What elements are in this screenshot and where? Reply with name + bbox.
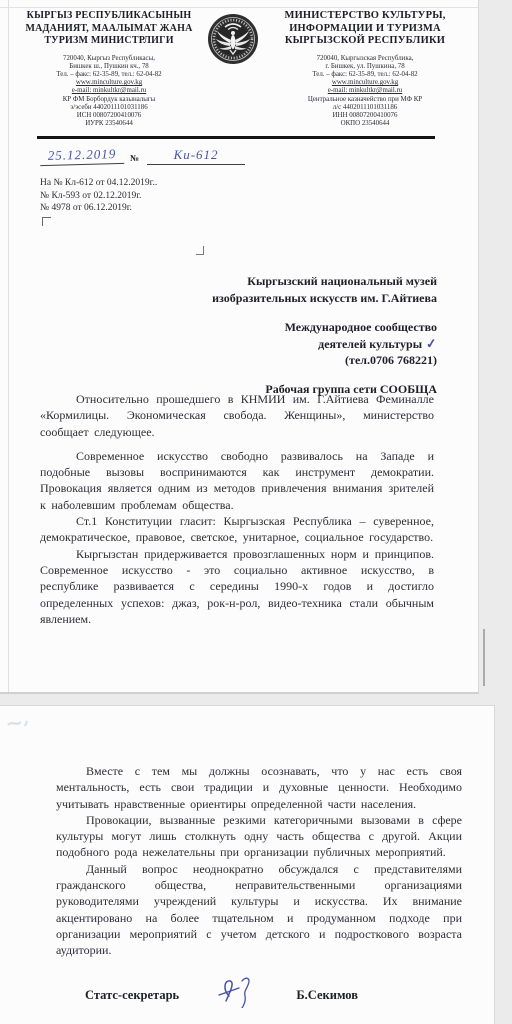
signature-row: Статс-секретарь Б.Секимов bbox=[85, 982, 358, 1008]
blue-checkmark-icon: ✓ bbox=[425, 335, 438, 353]
address-line: ИУРК 23540644 bbox=[18, 120, 200, 128]
address-line: г. Бишкек, ул. Пушкина, 78 bbox=[266, 63, 464, 71]
paragraph: Вместе с тем мы должны осознавать, что у… bbox=[56, 763, 462, 812]
letterhead-kyrgyz-column: КЫРГЫЗ РЕСПУБЛИКАСЫНЫН МАДАНИЯТ, МААЛЫМА… bbox=[18, 10, 200, 128]
email-link: e-mail: minkultkr@mail.ru bbox=[18, 87, 200, 95]
handwritten-signature-icon bbox=[215, 968, 261, 1008]
paragraph: Современное искусство свободно развивало… bbox=[40, 448, 434, 513]
reference-line: № 4978 от 06.12.2019г. bbox=[40, 202, 157, 215]
signer-name: Б.Секимов bbox=[296, 988, 358, 1003]
website-link: www.minculture.gov.kg bbox=[18, 79, 200, 87]
ministry-title-ru-line: ИНФОРМАЦИИ И ТУРИЗМА bbox=[266, 23, 464, 36]
letterhead-divider-rule bbox=[37, 136, 435, 139]
page-top-fold-line bbox=[0, 7, 478, 8]
address-line: Тел. – факс: 62-35-89, тел.: 62-04-82 bbox=[18, 71, 200, 79]
addressee-phone: (тел.0706 768221) bbox=[212, 352, 437, 369]
addressee-block: Кыргызский национальный музей изобразите… bbox=[212, 273, 437, 397]
paragraph: Кыргызстан придерживается провозглашенны… bbox=[40, 546, 434, 627]
reference-line: № Кл-593 от 02.12.2019г. bbox=[40, 190, 157, 203]
page-edge-scan-line bbox=[483, 629, 485, 686]
address-line: 720040, Кыргыз Республикасы, bbox=[18, 55, 200, 63]
scanned-page-2: Вместе с тем мы должны осознавать, что у… bbox=[0, 705, 495, 1024]
address-line: ОКПО 23540644 bbox=[266, 120, 464, 128]
date-and-number-row: 25.12.2019 № Ки-612 bbox=[40, 146, 245, 165]
paragraph: Данный вопрос неоднократно обсуждался с … bbox=[56, 861, 462, 959]
addressee-community-line: Международное сообщество bbox=[212, 319, 437, 336]
signer-title: Статс-секретарь bbox=[85, 988, 179, 1003]
handwritten-outgoing-number: Ки-612 bbox=[174, 147, 219, 162]
scanned-page-1: КЫРГЫЗ РЕСПУБЛИКАСЫНЫН МАДАНИЯТ, МААЛЫМА… bbox=[0, 0, 479, 694]
letterhead-russian-column: МИНИСТЕРСТВО КУЛЬТУРЫ, ИНФОРМАЦИИ И ТУРИ… bbox=[266, 10, 464, 128]
ministry-title-ru-line: МИНИСТЕРСТВО КУЛЬТУРЫ, bbox=[266, 10, 464, 23]
ministry-title-ru-line: КЫРГЫЗСКОЙ РЕСПУБЛИКИ bbox=[266, 35, 464, 48]
reference-line: На № Кл-612 от 04.12.2019г.. bbox=[40, 177, 157, 190]
address-line: л/с 4402011101031186 bbox=[266, 104, 464, 112]
paragraph: Ст.1 Конституции гласит: Кыргызская Респ… bbox=[40, 513, 434, 546]
stamp-corner-mark bbox=[196, 246, 204, 255]
address-line: ИНН 00807200410076 bbox=[266, 112, 464, 120]
ministry-title-ky-line: ТУРИЗМ МИНИСТРЛИГИ bbox=[18, 35, 200, 48]
letterhead: КЫРГЫЗ РЕСПУБЛИКАСЫНЫН МАДАНИЯТ, МААЛЫМА… bbox=[18, 10, 464, 128]
page-left-fold-line bbox=[8, 0, 9, 692]
address-line: Центральное казначейство при МФ КР bbox=[266, 96, 464, 104]
address-line: КР ФМ Борбордук казыналыгы bbox=[18, 96, 200, 104]
address-line: э/эсеби 4402011101031186 bbox=[18, 104, 200, 112]
paragraph: Провокации, вызванные резкими категоричн… bbox=[56, 812, 462, 861]
kyrgyz-state-emblem-icon bbox=[206, 12, 260, 66]
handwritten-date: 25.12.2019 bbox=[48, 146, 117, 163]
website-link: www.minculture.gov.kg bbox=[266, 79, 464, 87]
address-line: Тел. – факс: 62-35-89, тел.: 62-04-82 bbox=[266, 71, 464, 79]
address-line: 720040, Кыргызская Республика, bbox=[266, 55, 464, 63]
addressee-museum-line: Кыргызский национальный музей bbox=[212, 273, 437, 290]
letter-body-page1: Относительно прошедшего в КНМИИ им. Г.Ай… bbox=[40, 391, 434, 627]
address-zone-corner-mark bbox=[42, 217, 51, 226]
reference-numbers: На № Кл-612 от 04.12.2019г.. № Кл-593 от… bbox=[40, 177, 157, 215]
number-sign: № bbox=[130, 153, 139, 163]
email-link: e-mail: minkultkr@mail.ru bbox=[266, 87, 464, 95]
ministry-title-ky-line: КЫРГЫЗ РЕСПУБЛИКАСЫНЫН bbox=[18, 10, 200, 23]
addressee-community-line: деятелей культуры bbox=[318, 337, 422, 351]
paragraph: Относительно прошедшего в КНМИИ им. Г.Ай… bbox=[40, 391, 434, 440]
address-line: Бишкек ш., Пушкин кч., 78 bbox=[18, 63, 200, 71]
ministry-title-ky-line: МАДАНИЯТ, МААЛЫМАТ ЖАНА bbox=[18, 23, 200, 36]
addressee-museum-line: изобразительных искусств им. Г.Айтиева bbox=[212, 290, 437, 307]
ink-bleed-smudge bbox=[6, 716, 36, 732]
address-line: ИСН 00807200410076 bbox=[18, 112, 200, 120]
letter-body-page2: Вместе с тем мы должны осознавать, что у… bbox=[56, 763, 462, 959]
